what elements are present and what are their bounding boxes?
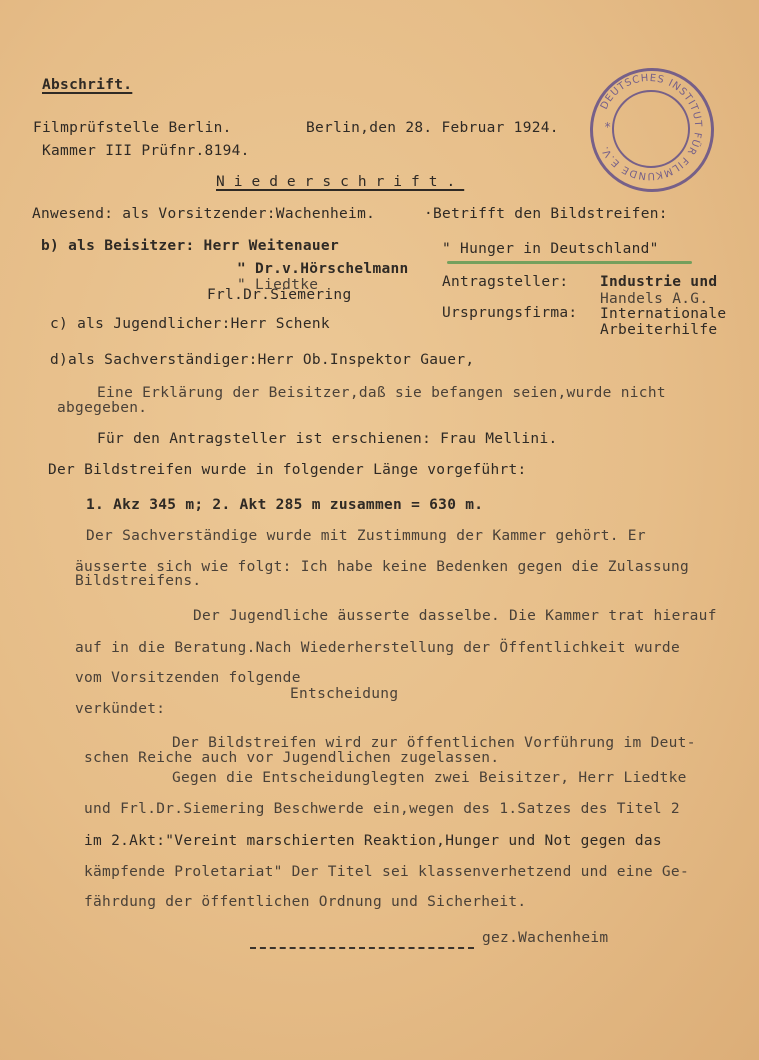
paragraph-expert-1: Der Sachverständige wurde mit Zustimmung…: [86, 528, 646, 544]
assessors-line: b) als Beisitzer: Herr Weitenauer: [41, 238, 339, 254]
chamber-number: Kammer III Prüfnr.8194.: [42, 143, 250, 159]
applicant-label: Antragsteller:: [442, 274, 568, 290]
paragraph-youth-3: vom Vorsitzenden folgende: [75, 670, 301, 686]
origin-value-1: Internationale: [600, 306, 726, 322]
youth-line: c) als Jugendlicher:Herr Schenk: [50, 316, 330, 332]
paragraph-youth-4: verkündet:: [75, 701, 165, 717]
paragraph-length: Der Bildstreifen wurde in folgender Läng…: [48, 462, 527, 478]
film-lengths: 1. Akz 345 m; 2. Akt 285 m zusammen = 63…: [86, 497, 483, 513]
paragraph-youth-2: auf in die Beratung.Nach Wiederherstellu…: [75, 640, 680, 656]
decision-text-1: Der Bildstreifen wird zur öffentlichen V…: [172, 735, 696, 751]
complaint-5: fährdung der öffentlichen Ordnung und Si…: [84, 894, 526, 910]
office-name: Filmprüfstelle Berlin.: [33, 120, 232, 136]
svg-text:*: *: [604, 120, 611, 134]
document-title: Niederschrift.: [216, 174, 464, 190]
complaint-1: Gegen die Entscheidunglegten zwei Beisit…: [172, 770, 687, 786]
decision-heading: Entscheidung: [290, 686, 398, 702]
assessor-siemering: Frl.Dr.Siemering: [207, 287, 351, 303]
paragraph-youth-1: Der Jugendliche äusserte dasselbe. Die K…: [193, 608, 717, 624]
decision-text-2: schen Reiche auch vor Jugendlichen zugel…: [84, 750, 499, 766]
origin-label: Ursprungsfirma:: [442, 305, 577, 321]
document-page: Abschrift. Filmprüfstelle Berlin. Kammer…: [0, 0, 759, 1060]
complaint-3: im 2.Akt:"Vereint marschierten Reaktion,…: [84, 833, 662, 849]
stamp-text-icon: DEUTSCHES INSTITUT FÜR FILMKUNDE E.V. *: [590, 68, 708, 186]
assessor-hoerschelmann: " Dr.v.Hörschelmann: [237, 261, 409, 277]
signature-dashed-line: [250, 947, 474, 949]
complaint-2: und Frl.Dr.Siemering Beschwerde ein,wege…: [84, 801, 680, 817]
copy-label: Abschrift.: [42, 77, 132, 93]
signature: gez.Wachenheim: [482, 930, 608, 946]
paragraph-bias-2: abgegeben.: [57, 400, 147, 416]
applicant-value-1: Industrie und: [600, 274, 717, 290]
paragraph-bias-1: Eine Erklärung der Beisitzer,daß sie bef…: [97, 385, 666, 401]
chair-line: Anwesend: als Vorsitzender:Wachenheim.: [32, 206, 375, 222]
film-title: " Hunger in Deutschland": [442, 241, 659, 257]
film-title-underline: [447, 261, 692, 264]
complaint-4: kämpfende Proletariat" Der Titel sei kla…: [84, 864, 689, 880]
document-date: Berlin,den 28. Februar 1924.: [306, 120, 559, 136]
paragraph-applicant: Für den Antragsteller ist erschienen: Fr…: [97, 431, 558, 447]
institute-stamp: DEUTSCHES INSTITUT FÜR FILMKUNDE E.V. *: [590, 68, 714, 192]
applicant-value-2: Handels A.G.: [600, 291, 708, 307]
origin-value-2: Arbeiterhilfe: [600, 322, 717, 338]
paragraph-expert-3: Bildstreifens.: [75, 573, 201, 589]
svg-text:DEUTSCHES INSTITUT FÜR FILMKUN: DEUTSCHES INSTITUT FÜR FILMKUNDE E.V.: [599, 73, 703, 181]
film-subject-label: ·Betrifft den Bildstreifen:: [424, 206, 668, 222]
expert-line: d)als Sachverständiger:Herr Ob.Inspektor…: [50, 352, 474, 368]
